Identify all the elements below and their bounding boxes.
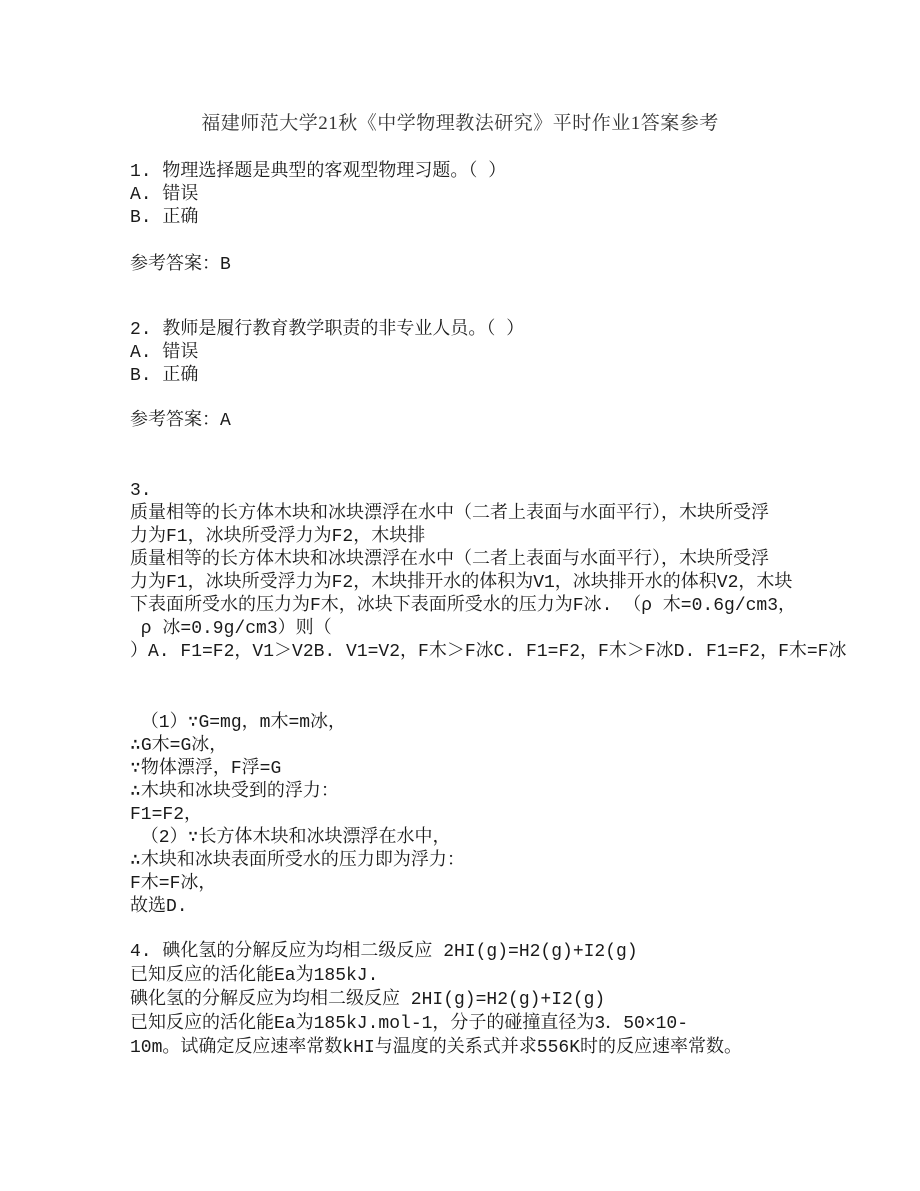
question-3-stem-line: 力为F1，冰块所受浮力为F2，木块排开水的体积为V1，冰块排开水的体积V2，木块 bbox=[130, 572, 900, 595]
question-3-solution-line: ∵物体漂浮，F浮=G bbox=[130, 758, 900, 781]
question-3-solution-line: ∴G木=G冰， bbox=[130, 735, 900, 758]
question-1: 1. 物理选择题是典型的客观型物理习题。（ ） A. 错误 B. 正确 bbox=[130, 161, 900, 230]
question-1-option-b: B. 正确 bbox=[130, 207, 900, 230]
question-1-answer: 参考答案：B bbox=[130, 254, 900, 277]
question-3-solution-line: （1）∵G=mg，m木=m冰， bbox=[130, 712, 900, 735]
question-3-solution-line: F木=F冰， bbox=[130, 873, 900, 896]
question-3-solution-line: （2）∵长方体木块和冰块漂浮在水中， bbox=[130, 827, 900, 850]
question-4-stem-line: 已知反应的活化能Ea为185kJ. bbox=[130, 964, 900, 988]
question-1-stem: 1. 物理选择题是典型的客观型物理习题。（ ） bbox=[130, 161, 900, 184]
question-3-options-line: ）A. F1=F2，V1＞V2B. V1=V2，F木＞F冰C. F1=F2，F木… bbox=[130, 641, 900, 664]
question-3-stem-line: 质量相等的长方体木块和冰块漂浮在水中（二者上表面与水面平行），木块所受浮 bbox=[130, 503, 900, 526]
question-4-stem-line: 10m。试确定反应速率常数kHI与温度的关系式并求556K时的反应速率常数。 bbox=[130, 1036, 900, 1060]
question-3-solution-conclusion: 故选D. bbox=[130, 896, 900, 919]
question-3: 3. 质量相等的长方体木块和冰块漂浮在水中（二者上表面与水面平行），木块所受浮 … bbox=[130, 480, 900, 664]
question-2-stem: 2. 教师是履行教育教学职责的非专业人员。（ ） bbox=[130, 319, 900, 342]
question-2-option-a: A. 错误 bbox=[130, 342, 900, 365]
question-4-stem-line: 已知反应的活化能Ea为185kJ.mol-1，分子的碰撞直径为3．50×10- bbox=[130, 1012, 900, 1036]
question-3-stem-line: 力为F1，冰块所受浮力为F2，木块排 bbox=[130, 526, 900, 549]
question-1-option-a: A. 错误 bbox=[130, 184, 900, 207]
question-4-stem-line: 4. 碘化氢的分解反应为均相二级反应 2HI(g)=H2(g)+I2(g) bbox=[130, 940, 900, 964]
question-2-option-b: B. 正确 bbox=[130, 365, 900, 388]
question-3-solution-line: ∴木块和冰块表面所受水的压力即为浮力： bbox=[130, 850, 900, 873]
document-page: 福建师范大学21秋《中学物理教法研究》平时作业1答案参考 1. 物理选择题是典型… bbox=[0, 0, 920, 1191]
question-3-solution-line: ∴木块和冰块受到的浮力： bbox=[130, 781, 900, 804]
question-3-stem-line: ρ 冰=0.9g/cm3）则（ bbox=[130, 618, 900, 641]
question-3-stem-line: 3. bbox=[130, 480, 900, 503]
question-4-stem-line: 碘化氢的分解反应为均相二级反应 2HI(g)=H2(g)+I2(g) bbox=[130, 988, 900, 1012]
question-3-stem-line: 下表面所受水的压力为F木，冰块下表面所受水的压力为F冰. （ρ 木=0.6g/c… bbox=[130, 595, 900, 618]
document-title: 福建师范大学21秋《中学物理教法研究》平时作业1答案参考 bbox=[0, 112, 920, 135]
question-3-solution-line: F1=F2， bbox=[130, 804, 900, 827]
question-4: 4. 碘化氢的分解反应为均相二级反应 2HI(g)=H2(g)+I2(g) 已知… bbox=[130, 940, 900, 1060]
question-2-answer: 参考答案：A bbox=[130, 410, 900, 433]
question-3-stem-line: 质量相等的长方体木块和冰块漂浮在水中（二者上表面与水面平行），木块所受浮 bbox=[130, 549, 900, 572]
question-2: 2. 教师是履行教育教学职责的非专业人员。（ ） A. 错误 B. 正确 bbox=[130, 319, 900, 388]
document-body: 1. 物理选择题是典型的客观型物理习题。（ ） A. 错误 B. 正确 参考答案… bbox=[0, 161, 920, 1060]
question-3-solution: （1）∵G=mg，m木=m冰， ∴G木=G冰， ∵物体漂浮，F浮=G ∴木块和冰… bbox=[130, 712, 900, 919]
